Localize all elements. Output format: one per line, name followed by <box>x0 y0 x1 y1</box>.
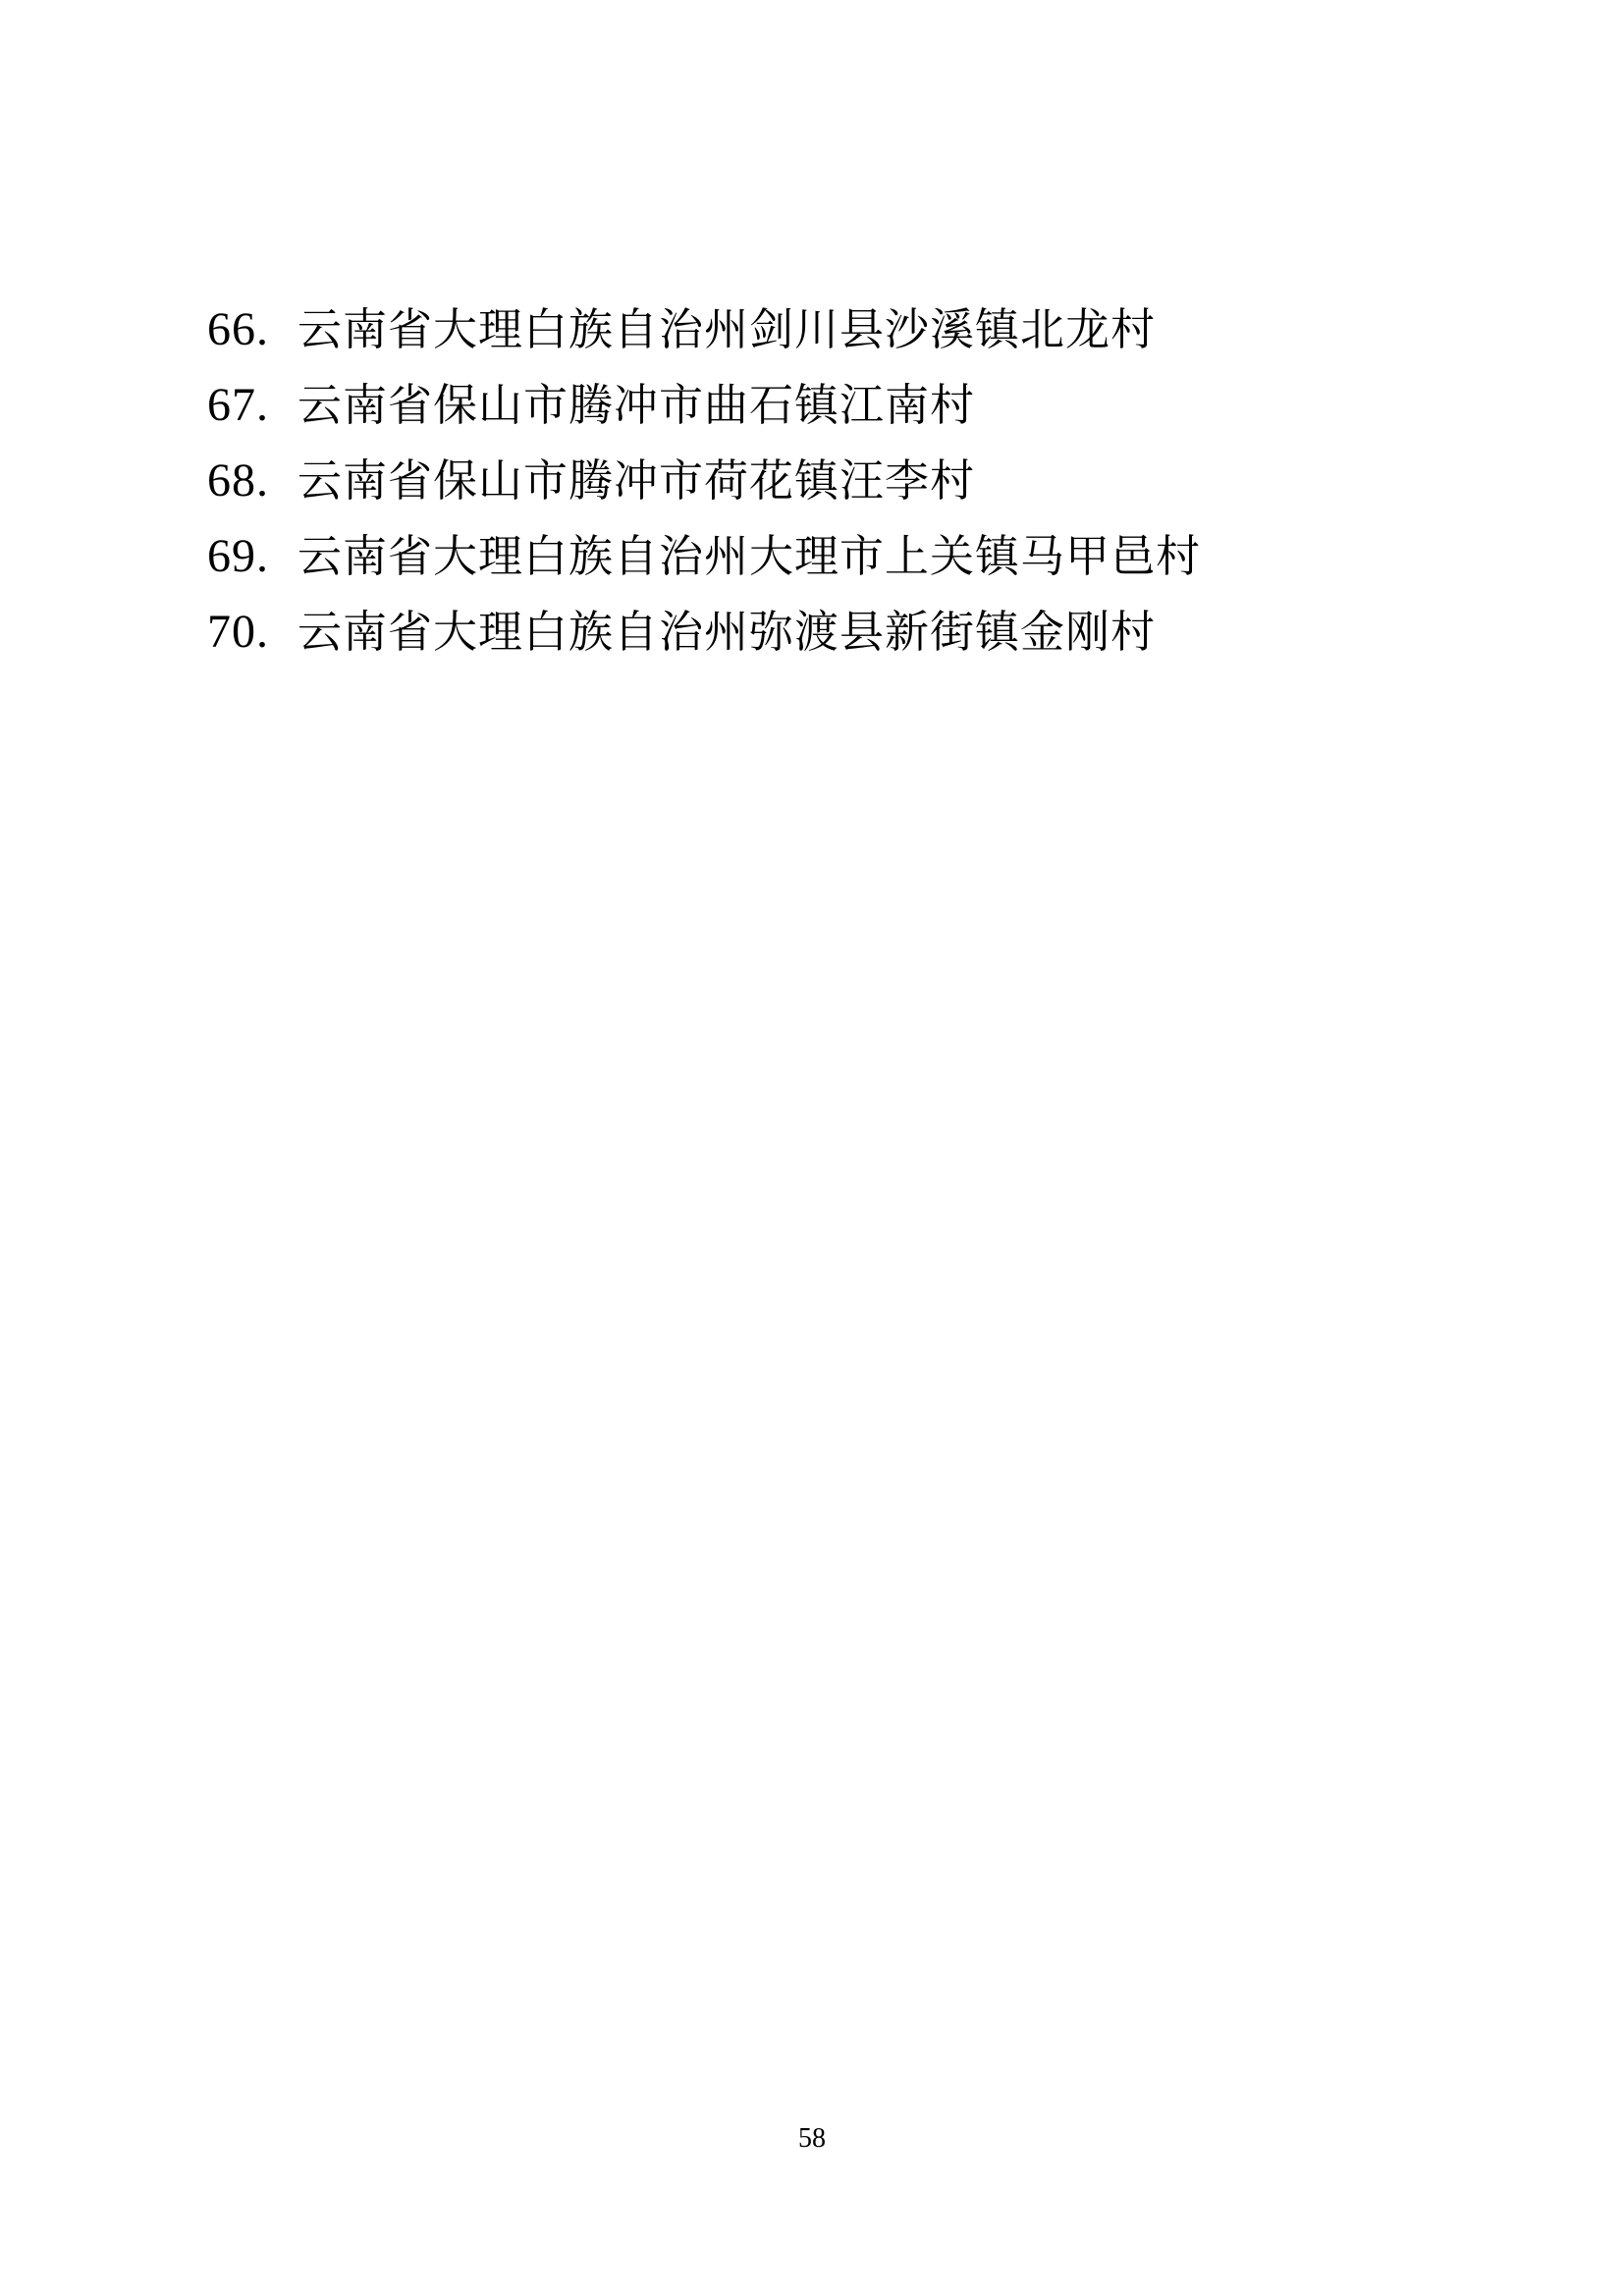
list-item-text: 云南省大理白族自治州弥渡县新街镇金刚村 <box>298 595 1156 670</box>
list-item-number: 68. <box>207 443 298 518</box>
list-item-number: 67. <box>207 367 298 443</box>
list-item-number: 70. <box>207 594 298 669</box>
list-item-text: 云南省保山市腾冲市曲石镇江南村 <box>298 368 975 444</box>
list-item-text: 云南省大理白族自治州剑川县沙溪镇北龙村 <box>298 293 1156 368</box>
list-item: 70. 云南省大理白族自治州弥渡县新街镇金刚村 <box>0 594 1624 669</box>
page-footer: 58 <box>0 2123 1624 2155</box>
page-number: 58 <box>798 2123 826 2154</box>
list-item-number: 66. <box>207 292 298 367</box>
list-item-text: 云南省大理白族自治州大理市上关镇马甲邑村 <box>298 519 1201 595</box>
list-item-text: 云南省保山市腾冲市荷花镇汪李村 <box>298 444 975 519</box>
list-item: 69. 云南省大理白族自治州大理市上关镇马甲邑村 <box>0 518 1624 594</box>
document-page: 66. 云南省大理白族自治州剑川县沙溪镇北龙村 67. 云南省保山市腾冲市曲石镇… <box>0 0 1624 2296</box>
list-item: 68. 云南省保山市腾冲市荷花镇汪李村 <box>0 443 1624 518</box>
list-item-number: 69. <box>207 518 298 594</box>
list-item: 67. 云南省保山市腾冲市曲石镇江南村 <box>0 367 1624 443</box>
village-list: 66. 云南省大理白族自治州剑川县沙溪镇北龙村 67. 云南省保山市腾冲市曲石镇… <box>0 292 1624 669</box>
list-item: 66. 云南省大理白族自治州剑川县沙溪镇北龙村 <box>0 292 1624 367</box>
